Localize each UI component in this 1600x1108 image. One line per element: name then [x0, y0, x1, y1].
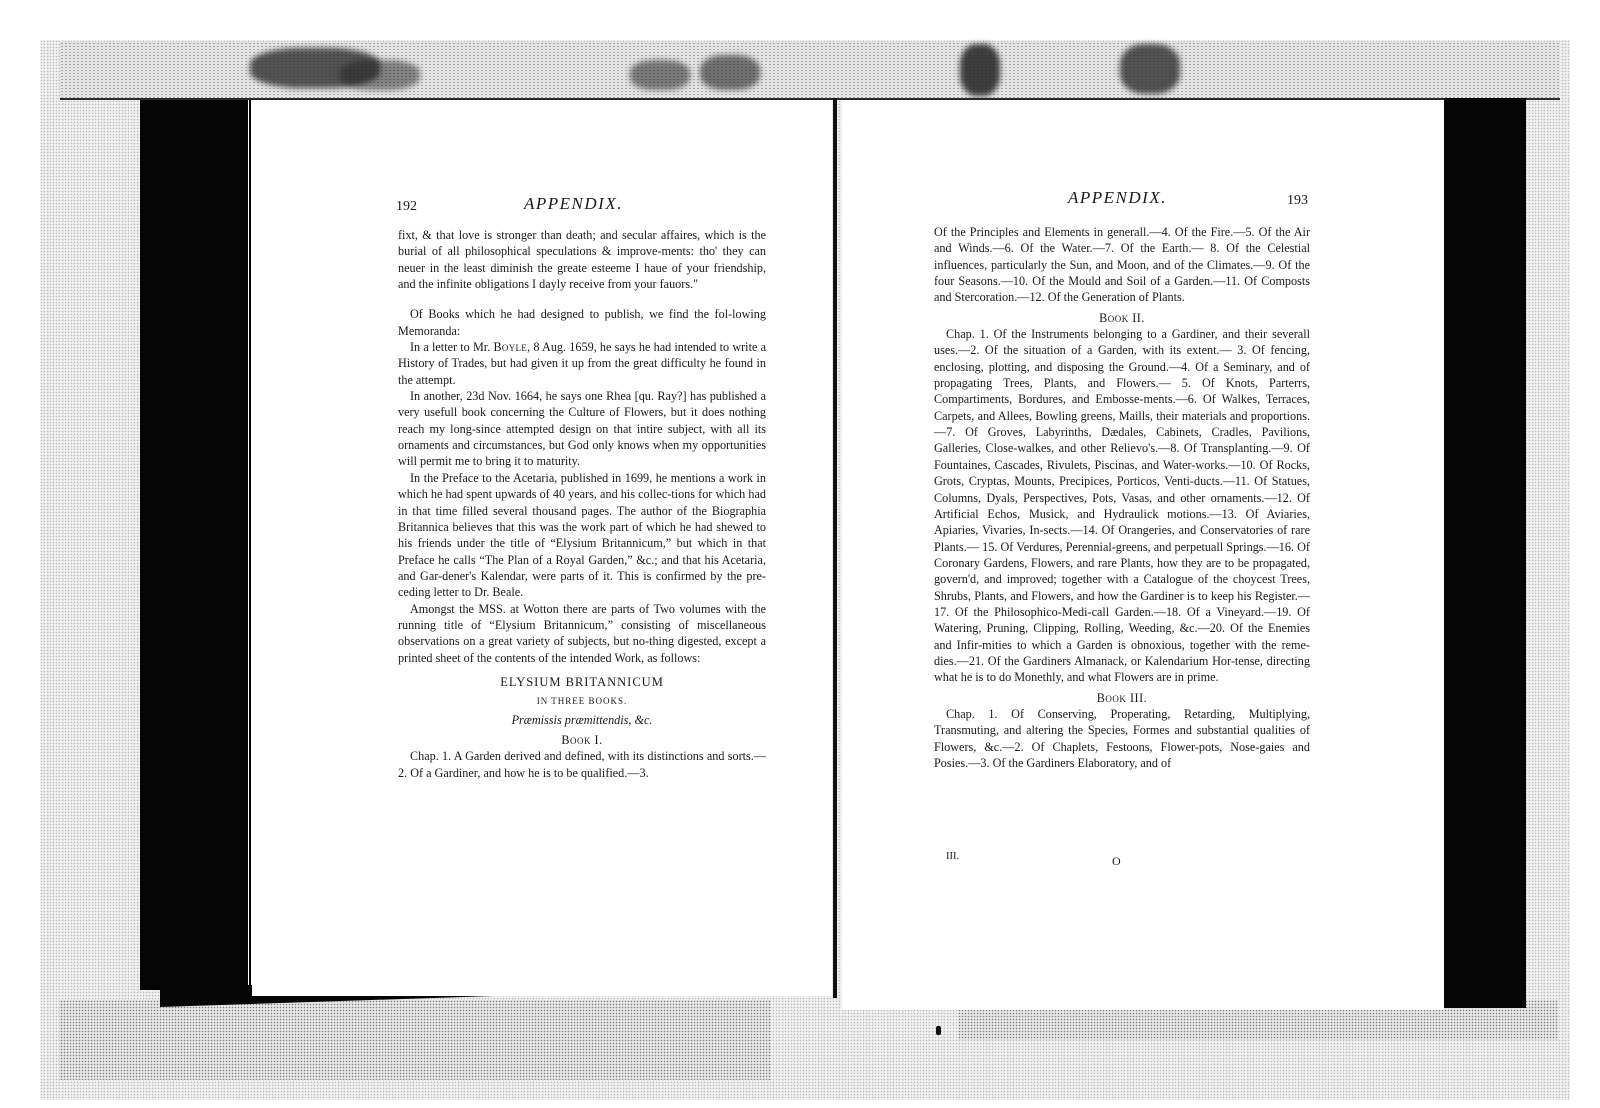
book-1-text: Chap. 1. A Garden derived and defined, w… [398, 748, 766, 781]
paragraph: In another, 23d Nov. 1664, he says one R… [398, 388, 766, 470]
insert-title: ELYSIUM BRITANNICUM [398, 674, 766, 690]
signature-mark: O [1112, 854, 1121, 869]
book-2-heading: Book II. [934, 310, 1310, 326]
paragraph: Of Books which he had designed to publis… [398, 306, 766, 339]
book-3-text: Chap. 1. Of Conserving, Properating, Ret… [934, 706, 1310, 771]
book-1-continued: Of the Principles and Elements in genera… [934, 224, 1310, 306]
stain [630, 60, 690, 90]
page-number-left: 192 [396, 199, 417, 215]
running-head-right: APPENDIX. [1068, 188, 1167, 208]
page-number-right: 193 [1287, 193, 1308, 209]
right-page-text: Of the Principles and Elements in genera… [934, 224, 1310, 771]
paragraph: fixt, & that love is stronger than death… [398, 227, 766, 292]
right-cover-shadow [1444, 98, 1526, 1008]
scan-speck [936, 1026, 941, 1035]
book-gutter [833, 98, 837, 998]
left-cover-shadow [140, 100, 252, 990]
paragraph: Amongst the MSS. at Wotton there are par… [398, 601, 766, 666]
book-2-text: Chap. 1. Of the Instruments belonging to… [934, 326, 1310, 686]
stain [700, 55, 760, 90]
stain [960, 44, 1000, 96]
insert-motto: Præmissis præmittendis, &c. [398, 712, 766, 728]
running-head-left: APPENDIX. [524, 194, 623, 214]
book-3-heading: Book III. [934, 690, 1310, 706]
left-page-text: fixt, & that love is stronger than death… [398, 227, 766, 781]
book-bottom-edge-left [60, 1000, 770, 1080]
book-1-heading: Book I. [398, 732, 766, 748]
stain [1120, 44, 1180, 94]
signature-volume: III. [946, 851, 959, 862]
stain [340, 60, 420, 90]
person-name-boyle: Boyle [493, 340, 527, 354]
paragraph: In the Preface to the Acetaria, publishe… [398, 470, 766, 601]
insert-subtitle: in three books. [398, 693, 766, 709]
paragraph-boyle-letter: In a letter to Mr. Boyle, 8 Aug. 1659, h… [398, 339, 766, 388]
